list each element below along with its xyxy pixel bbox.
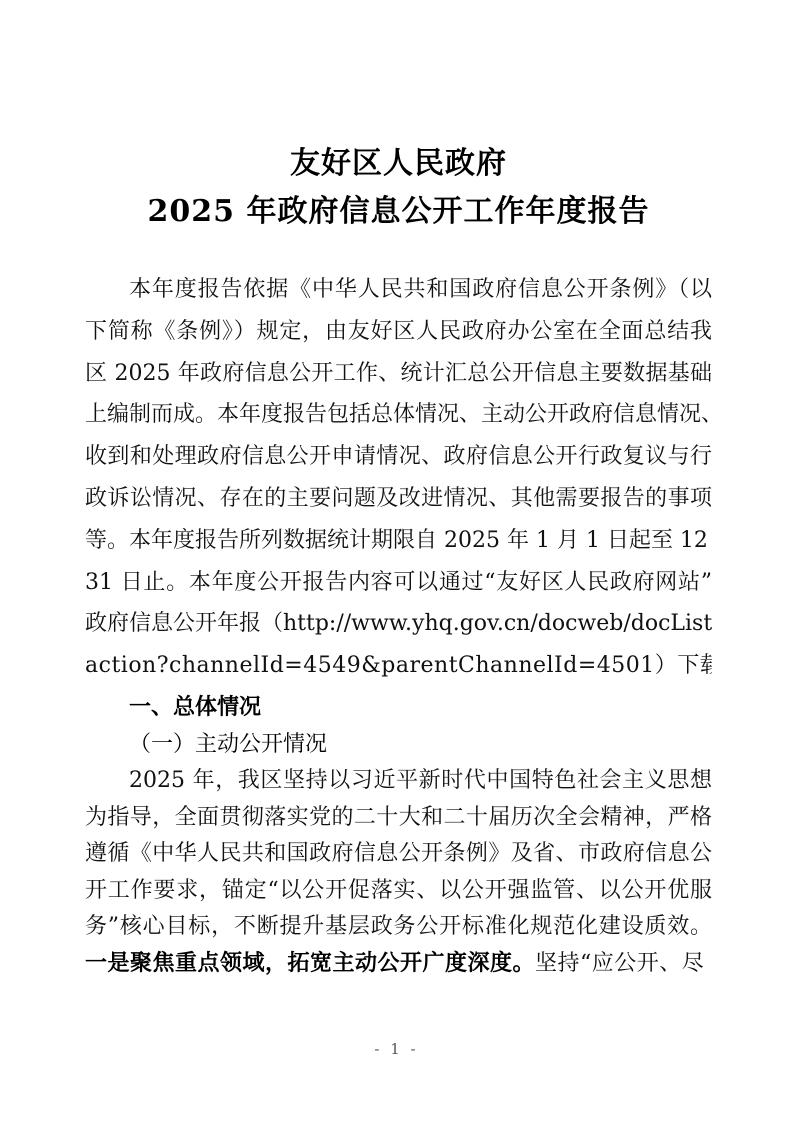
section-subheading: （一）主动公开情况 bbox=[85, 727, 712, 764]
bold-emphasis-text: 一是聚焦重点领域，拓宽主动公开广度深度。 bbox=[85, 951, 535, 976]
paragraph2-line: 务”核心目标，不断提升基层政务公开标准化规范化建设质效。 bbox=[85, 909, 712, 946]
report-title-line2: 2025 年政府信息公开工作年度报告 bbox=[85, 188, 712, 236]
paragraph1-line: 区 2025 年政府信息公开工作、统计汇总公开信息主要数据基础 bbox=[85, 353, 712, 395]
paragraph1-line: 下简称《条例》）规定，由友好区人民政府办公室在全面总结我 bbox=[85, 311, 712, 353]
paragraph2-normal-text: 坚持“应公开、尽 bbox=[535, 951, 704, 976]
paragraph1-line: 31 日止。本年度公开报告内容可以通过“友好区人民政府网站” bbox=[85, 562, 712, 604]
section-heading: 一、总体情况 bbox=[85, 690, 712, 727]
report-intro-paragraph: 本年度报告依据《中华人民共和国政府信息公开条例》（以 下简称《条例》）规定，由友… bbox=[85, 269, 712, 687]
report-title-line1: 友好区人民政府 bbox=[85, 140, 712, 188]
paragraph2-line: 为指导，全面贯彻落实党的二十大和二十届历次全会精神，严格 bbox=[85, 800, 712, 837]
paragraph1-line-url: action?channelId=4549&parentChannelId=45… bbox=[85, 645, 712, 687]
page-number: - 1 - bbox=[0, 1040, 793, 1058]
paragraph1-line: 收到和处理政府信息公开申请情况、政府信息公开行政复议与行 bbox=[85, 436, 712, 478]
report-section-1: 一、总体情况 （一）主动公开情况 2025 年，我区坚持以习近平新时代中国特色社… bbox=[85, 690, 712, 982]
paragraph1-line: 政诉讼情况、存在的主要问题及改进情况、其他需要报告的事项 bbox=[85, 478, 712, 520]
paragraph2-line: 开工作要求，锚定“以公开促落实、以公开强监管、以公开优服 bbox=[85, 873, 712, 910]
paragraph1-line: 本年度报告依据《中华人民共和国政府信息公开条例》（以 bbox=[85, 269, 712, 311]
document-page: 友好区人民政府 2025 年政府信息公开工作年度报告 本年度报告依据《中华人民共… bbox=[0, 0, 793, 1122]
paragraph2-line: 2025 年，我区坚持以习近平新时代中国特色社会主义思想 bbox=[85, 763, 712, 800]
paragraph1-line: 等。本年度报告所列数据统计期限自 2025 年 1 月 1 日起至 12 月 bbox=[85, 520, 712, 562]
paragraph2-line: 遵循《中华人民共和国政府信息公开条例》及省、市政府信息公 bbox=[85, 836, 712, 873]
paragraph2-line-mixed: 一是聚焦重点领域，拓宽主动公开广度深度。坚持“应公开、尽 bbox=[85, 946, 712, 983]
paragraph1-line: 上编制而成。本年度报告包括总体情况、主动公开政府信息情况、 bbox=[85, 394, 712, 436]
report-title: 友好区人民政府 2025 年政府信息公开工作年度报告 bbox=[85, 140, 712, 236]
paragraph1-line-url: 政府信息公开年报（http://www.yhq.gov.cn/docweb/do… bbox=[85, 603, 712, 645]
